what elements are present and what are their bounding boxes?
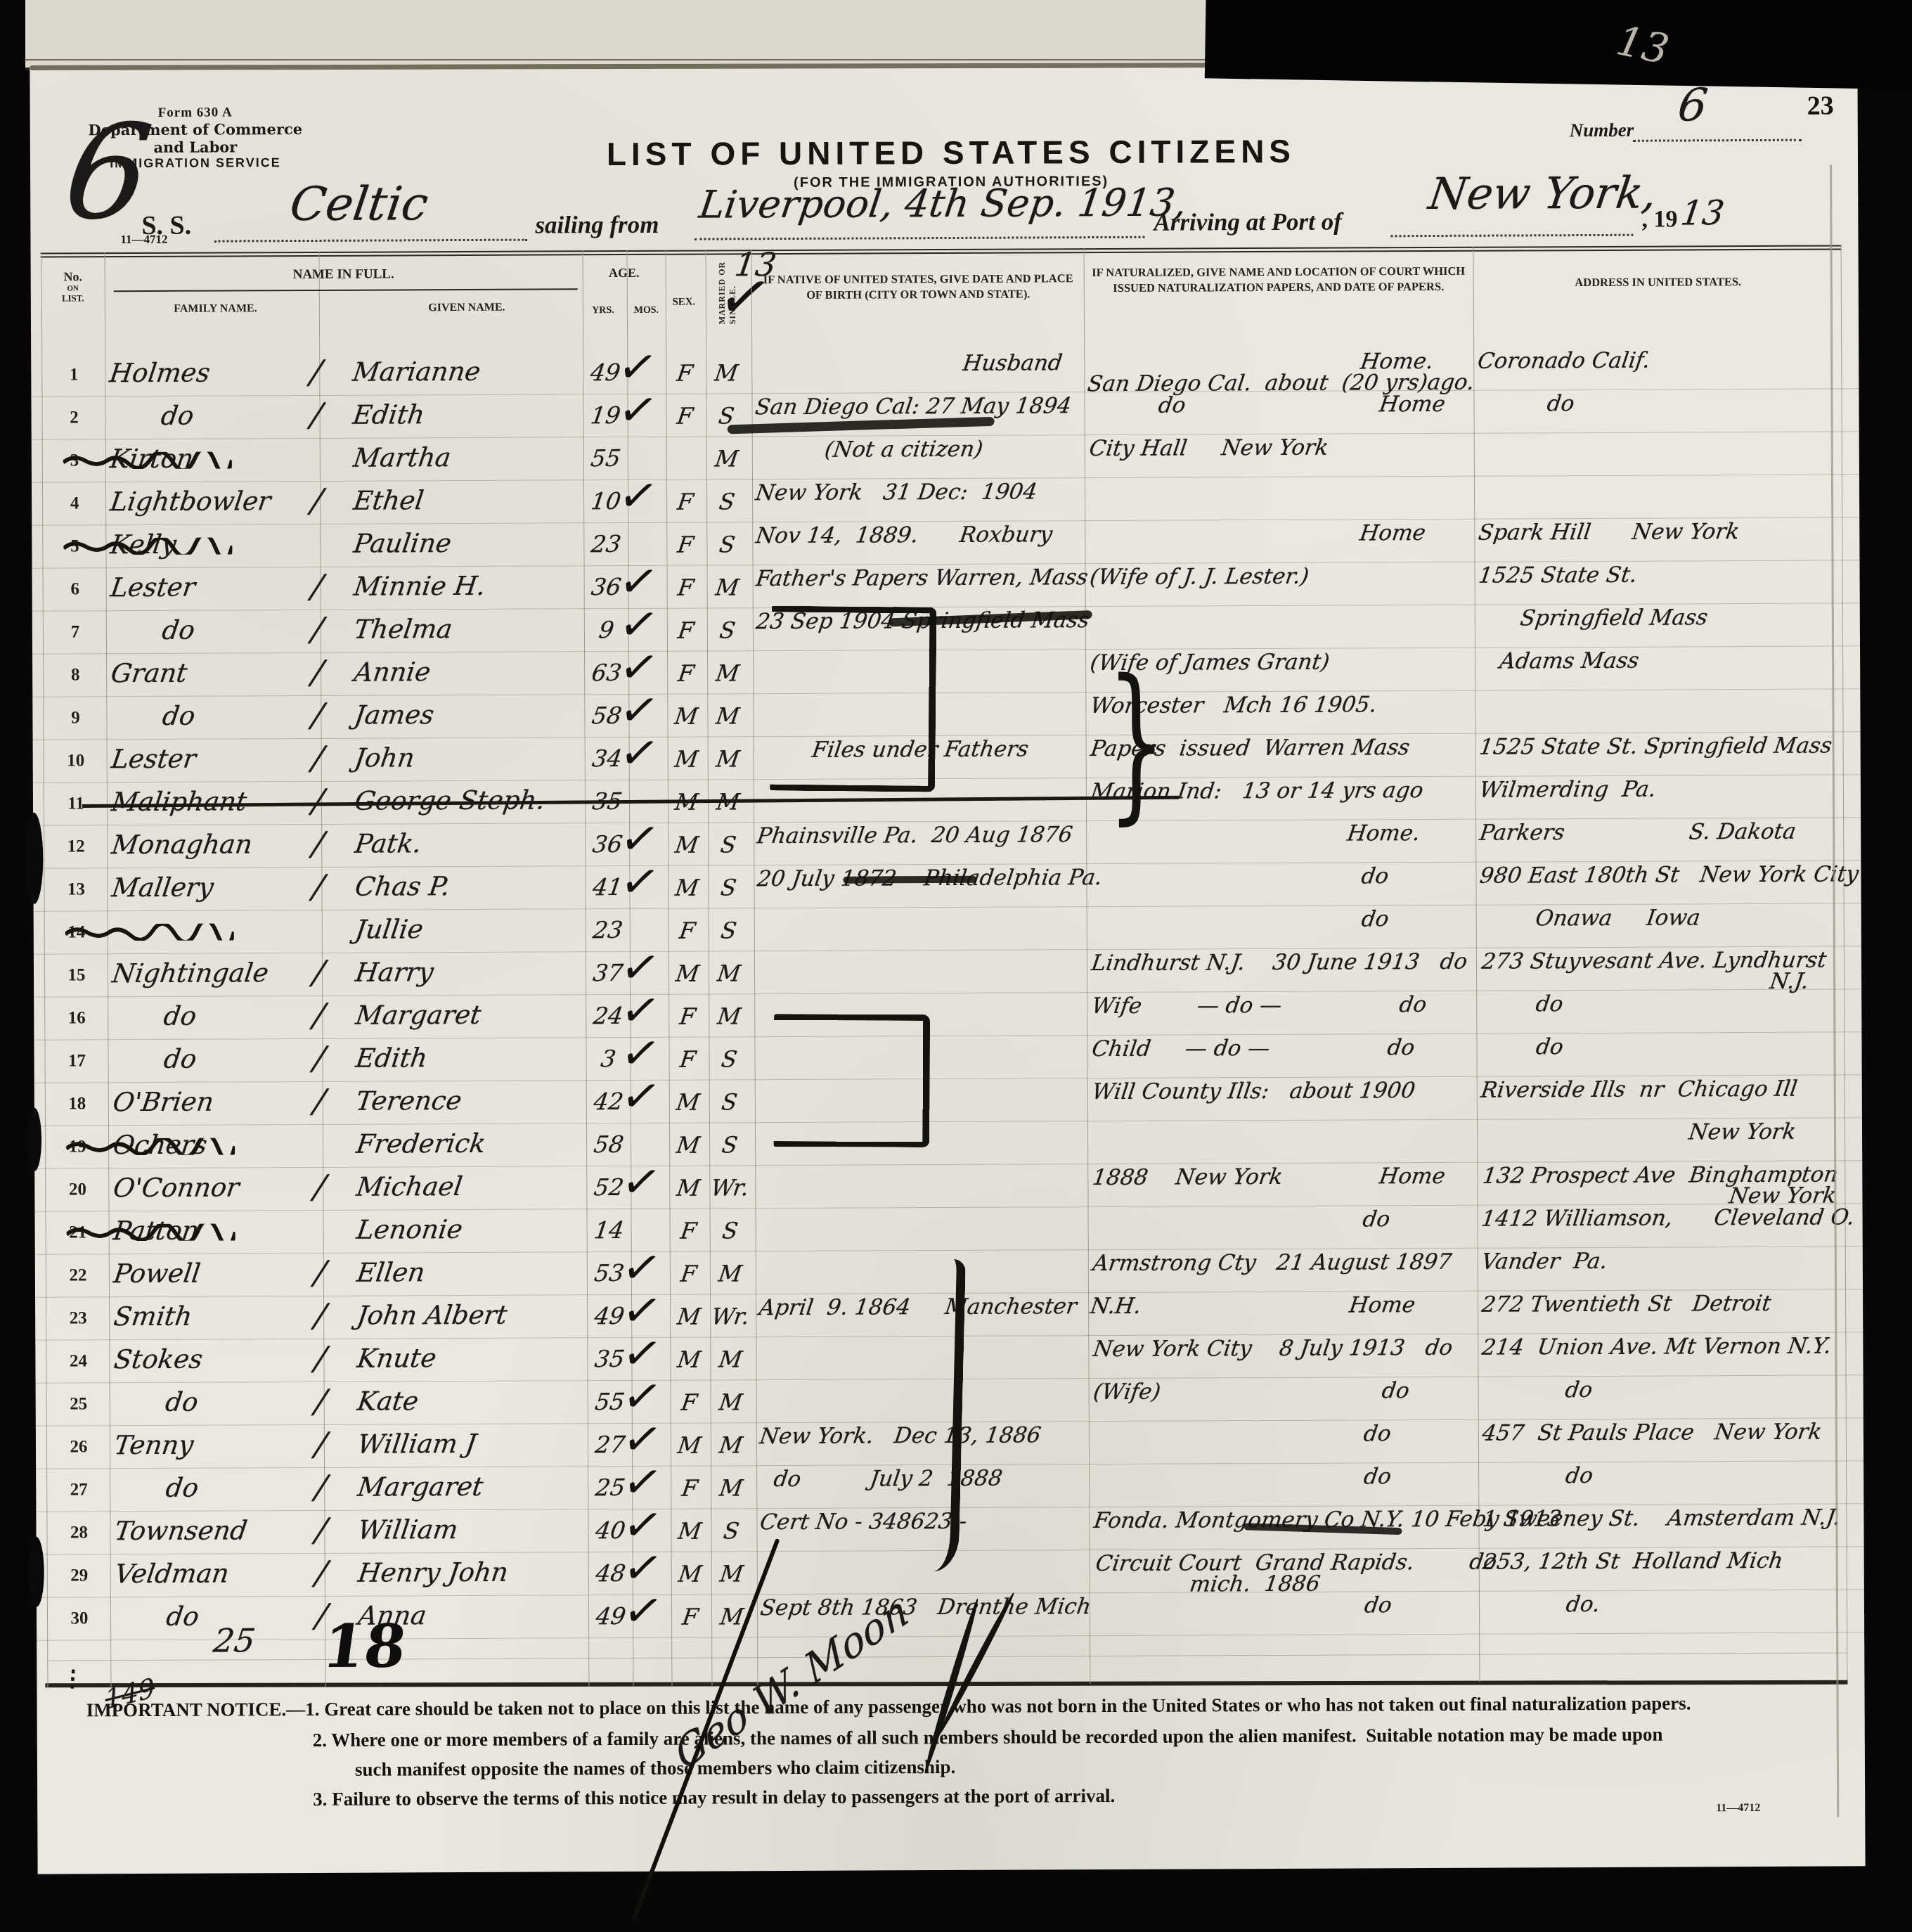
col-header-sex: SEX. [662, 296, 706, 308]
row-number: 28 [49, 1523, 109, 1543]
tick-mark: ∕ [312, 1296, 328, 1334]
tick-mark: ∕ [313, 1339, 329, 1377]
sheet-edge-above [25, 0, 1227, 70]
marital-status: M [707, 1431, 754, 1458]
sex-value: M [668, 1346, 711, 1372]
passenger-row: 5 Kelly Pauline 23 F S Nov 14, 1889. Rox… [32, 517, 1859, 568]
col-header-no: No. ON LIST. [41, 269, 105, 304]
naturalization-info: (Wife) do [1092, 1380, 1411, 1403]
birth-info: Nov 14, 1889. Roxbury [754, 524, 1054, 546]
tick-mark: ∕ [310, 782, 326, 820]
marital-status: S [704, 531, 751, 558]
ruled-line [47, 1652, 1847, 1661]
row-number: 29 [49, 1566, 110, 1585]
strikethrough-wavy [63, 451, 232, 469]
us-address: 132 Prospect Ave Binghampton New York [1478, 1164, 1840, 1207]
col-header-naturalization: IF NATURALIZED, GIVE NAME AND LOCATION O… [1089, 264, 1468, 296]
marital-status: M [706, 1260, 754, 1287]
passenger-row: 1 Holmes ∕ Marianne 49 ✓ F M Husband Hom… [31, 346, 1859, 397]
us-address: 1525 State St. [1478, 565, 1639, 586]
scan-black-band [1205, 0, 1912, 91]
marital-status: S [706, 1217, 754, 1244]
row-number: 8 [45, 665, 105, 685]
sex-value: F [668, 1603, 711, 1630]
pen-brace: } [1106, 657, 1166, 826]
marital-status: S [706, 1045, 753, 1072]
row-number: 26 [49, 1437, 109, 1457]
us-address: do [1479, 1036, 1564, 1058]
arrival-port-handwritten: New York, [1426, 167, 1660, 219]
given-name: Knute [355, 1343, 438, 1374]
given-name: Terence [354, 1086, 464, 1116]
row-number: 10 [46, 751, 106, 771]
ink-smear [843, 876, 976, 884]
sex-value: F [664, 359, 706, 386]
strikethrough-wavy [66, 1138, 235, 1155]
us-address: 214 Union Ave. Mt Vernon N.Y. [1480, 1336, 1833, 1358]
birth-info: Phainsville Pa. 20 Aug 1876 [756, 824, 1073, 846]
marital-status: S [705, 917, 752, 944]
family-name: Monaghan [110, 829, 254, 860]
given-name: John Albert [355, 1300, 509, 1331]
margin-dots: ⁝ [67, 1661, 80, 1698]
family-name: Tenny [112, 1430, 195, 1461]
us-address: Springfield Mass [1478, 607, 1710, 629]
given-name: James [353, 700, 437, 730]
year-handwritten: 13 [1679, 193, 1727, 233]
number-value-handwritten: 6 [1675, 79, 1711, 131]
birth-info: do July 2 1888 [758, 1468, 1004, 1490]
row-number: 27 [49, 1480, 109, 1500]
col-header-age: AGE. [583, 266, 666, 281]
sex-value: F [667, 1260, 710, 1287]
passenger-row: 9 do ∕ James 58 ✓ M M Worcester Mch 16 1… [32, 689, 1860, 740]
tick-mark: ∕ [311, 825, 327, 863]
us-address: Vander Pa. [1480, 1251, 1609, 1273]
notice-line-3: such manifest opposite the names of thos… [355, 1756, 955, 1781]
row-number: 1 [44, 365, 104, 385]
sex-value: F [665, 659, 708, 686]
passenger-row: 7 do ∕ Thelma 9 ✓ F S 23 Sep 1904 Spring… [32, 603, 1860, 654]
family-name: do [164, 1602, 201, 1632]
pen-bracket [900, 1258, 966, 1572]
birth-info: (Not a citizen) [754, 439, 985, 461]
age-years: 14 [587, 1216, 631, 1244]
naturalization-info: Circuit Court Grand Rapids. do mich. 188… [1092, 1552, 1498, 1596]
naturalization-info: Home [1088, 522, 1427, 545]
passenger-row: 15 Nightingale ∕ Harry 37 ✓ M M Lindhurs… [34, 946, 1861, 997]
given-name: Annie [352, 657, 432, 687]
passenger-row: 10 Lester ∕ John 34 ✓ M M Files under Fa… [33, 732, 1861, 783]
tick-mark: ∕ [310, 696, 326, 734]
us-address: 273 Stuyvesant Ave. Lyndhurst N.J. [1478, 950, 1828, 993]
col-header-family: FAMILY NAME. [112, 302, 319, 316]
marital-status: S [705, 874, 752, 901]
col-header-address: ADDRESS IN UNITED STATES. [1479, 274, 1837, 290]
notice-line-1: IMPORTANT NOTICE.—1. Great care should b… [86, 1692, 1691, 1721]
col-header-name: NAME IN FULL. [105, 266, 583, 283]
naturalization-info: New York City 8 July 1913 do [1092, 1337, 1454, 1360]
us-address: Spark Hill New York [1477, 521, 1740, 543]
sex-value: M [666, 960, 709, 986]
given-name: Patk. [353, 828, 423, 858]
marital-status: Wr. [706, 1174, 754, 1201]
naturalization-info: do [1090, 908, 1390, 931]
row-number: 25 [49, 1394, 109, 1414]
strikethrough-wavy [67, 1223, 235, 1241]
passenger-row: 11 Maliphant ∕ George Steph. 35 M M Mari… [33, 775, 1861, 825]
row-number: 20 [47, 1180, 108, 1199]
marital-status: M [703, 359, 750, 386]
family-name: Lightbowler [108, 486, 273, 517]
naturalization-info: Lindhurst N.J. 30 June 1913 do [1090, 951, 1468, 974]
tick-mark: ∕ [309, 482, 325, 520]
page-number-stamp: 23 [1807, 90, 1834, 121]
sex-value: M [668, 1560, 711, 1587]
family-name: Holmes [108, 358, 212, 389]
sex-value: F [664, 402, 706, 429]
naturalization-info: do [1092, 1423, 1393, 1445]
tick-mark: ∕ [311, 953, 327, 991]
given-name: Margaret [356, 1471, 485, 1502]
family-name: do [160, 401, 196, 431]
given-name: Martha [351, 442, 453, 473]
tick-mark: ∕ [309, 610, 325, 648]
naturalization-info: do [1093, 1595, 1393, 1617]
marital-status: S [705, 831, 752, 858]
passenger-row: 21 Patton Lenonie 14 F S do 1412 William… [35, 1204, 1863, 1254]
tick-mark: ∕ [309, 653, 325, 691]
row-number: 23 [48, 1308, 108, 1328]
given-name: Lenonie [355, 1214, 465, 1245]
row-number: 9 [45, 708, 105, 728]
sex-value: F [666, 917, 709, 944]
birth-info: New York. Dec 13, 1886 [758, 1424, 1042, 1447]
tick-mark: ∕ [314, 1511, 330, 1549]
given-name: Michael [354, 1171, 464, 1202]
marital-status: Wr. [707, 1303, 754, 1329]
given-name: Edith [354, 1043, 429, 1073]
passenger-row: 3 Kirton Martha 55 M (Not a citizen) Cit… [32, 432, 1859, 482]
col-header-yrs: YRS. [579, 305, 627, 316]
us-address: do [1481, 1379, 1594, 1401]
notice-line-4: 3. Failure to observe the terms of this … [313, 1785, 1115, 1810]
marital-status: M [704, 659, 751, 686]
passenger-row: 2 do ∕ Edith 19 ✓ F S San Diego Cal: 27 … [31, 389, 1859, 439]
marital-status: M [707, 1389, 754, 1415]
marital-status: M [704, 745, 751, 772]
passenger-row: 14 Jullie 23 F S do Onawa Iowa [34, 903, 1861, 954]
marital-status: M [708, 1560, 755, 1587]
marital-status: M [705, 960, 752, 986]
age-years: 23 [584, 530, 628, 558]
family-name: Grant [109, 658, 189, 688]
family-name: Lester [109, 572, 198, 603]
row-number: 17 [47, 1051, 108, 1071]
age-years: 58 [586, 1131, 631, 1158]
birth-info: Father's Papers Warren, Mass [755, 567, 1090, 589]
tick-mark: ∕ [311, 996, 328, 1034]
passenger-row: 30 do ∕ Anna 49 ✓ F M Sept 8th 1863 Dren… [37, 1590, 1864, 1640]
family-name: O'Connor [111, 1172, 241, 1203]
sex-value: M [667, 1131, 710, 1158]
family-name: do [161, 701, 198, 731]
tick-mark: ∕ [314, 1468, 330, 1506]
tick-mark: ∕ [313, 1382, 329, 1420]
sailing-from-handwritten: Liverpool, 4th Sep. 1913, [697, 180, 1190, 226]
us-address: Adams Mass [1478, 650, 1641, 672]
passenger-row: 19 Ochers Frederick 58 M S New York [34, 1118, 1862, 1168]
row-number: 12 [46, 837, 106, 856]
marital-status: S [704, 617, 751, 643]
col-header-given: GIVEN NAME. [351, 301, 583, 314]
passenger-row: 18 O'Brien ∕ Terence 42 ✓ M S Will Count… [34, 1075, 1862, 1126]
sex-value: F [668, 1474, 711, 1501]
marital-status: M [706, 1003, 753, 1029]
us-address: do [1481, 1465, 1594, 1487]
family-name: Nightingale [110, 958, 271, 988]
tick-mark: ∕ [310, 739, 326, 777]
us-address: Coronado Calif. [1476, 350, 1651, 372]
family-name: do [164, 1387, 200, 1417]
naturalization-info: (Wife of J. J. Lester.) [1089, 566, 1311, 588]
tick-mark: ∕ [311, 1039, 328, 1077]
row-number: 6 [45, 579, 105, 599]
family-name: Powell [112, 1258, 202, 1289]
tick-mark: ∕ [311, 868, 327, 906]
naturalization-info: Child — do — do [1090, 1037, 1416, 1060]
given-name: Margaret [354, 1000, 483, 1031]
ship-blank-line [214, 238, 527, 243]
row-number: 30 [49, 1609, 110, 1628]
sex-value: M [666, 1088, 709, 1115]
tally-big: 18 [318, 1611, 410, 1681]
col-header-married: MARRIED OR SINGLE. [704, 255, 751, 324]
given-name: Marianne [351, 356, 482, 387]
strikethrough-wavy [63, 537, 232, 555]
sex-value: M [668, 1517, 711, 1544]
given-name: Minnie H. [352, 571, 488, 602]
col-header-mos: MOS. [627, 305, 666, 316]
row-number: 22 [48, 1266, 108, 1285]
row-number: 7 [45, 622, 105, 642]
marital-status: M [708, 1474, 755, 1501]
passenger-row: 4 Lightbowler ∕ Ethel 10 ✓ F S New York … [32, 475, 1859, 525]
arriving-label: Arriving at Port of [1154, 208, 1342, 237]
row-number: 15 [46, 965, 107, 985]
family-name: Stokes [112, 1344, 205, 1375]
family-name: Smith [112, 1301, 194, 1332]
naturalization-info: 1888 New York Home [1091, 1166, 1447, 1188]
tick-mark: ∕ [309, 353, 325, 391]
birth-info: San Diego Cal: 27 May 1894 [754, 395, 1072, 418]
us-address: 457 St Pauls Place New York [1481, 1422, 1823, 1444]
given-name: Ellen [355, 1257, 427, 1287]
sex-value: F [664, 617, 707, 643]
manifest-paper: Form 630 A Department of Commerce and La… [30, 59, 1865, 1874]
marital-status: M [703, 445, 750, 472]
given-name: Jullie [354, 914, 425, 944]
birth-info: Husband [754, 352, 1064, 375]
marital-status: M [704, 702, 751, 729]
us-address: New York [1480, 1121, 1797, 1144]
passenger-row: 12 Monaghan ∕ Patk. 36 ✓ M S Phainsville… [33, 818, 1861, 868]
given-name: Thelma [352, 614, 454, 645]
family-name: Lester [110, 744, 198, 775]
ship-name-handwritten: Celtic [287, 176, 432, 231]
naturalization-info: do Home [1087, 394, 1446, 416]
naturalization-info: do [1092, 1466, 1393, 1488]
scan-tear [27, 1108, 41, 1171]
given-name: John [353, 742, 417, 773]
sex-value: M [666, 874, 709, 901]
age-years: 23 [586, 916, 630, 944]
scan-tear [29, 1537, 44, 1607]
row-number: 13 [46, 880, 106, 899]
us-address: Wilmerding Pa. [1478, 779, 1658, 801]
tick-mark: ∕ [309, 396, 325, 434]
given-name: Chas P. [354, 871, 452, 902]
number-label: Number [1570, 120, 1634, 141]
tick-mark: ∕ [312, 1254, 328, 1292]
row-number: 16 [46, 1008, 107, 1028]
sex-value: M [668, 1303, 711, 1329]
table-bottom-rule [45, 1680, 1847, 1687]
us-address: do [1479, 993, 1564, 1015]
us-address: 272 Twentieth St Detroit [1480, 1293, 1772, 1315]
table-top-rule [41, 245, 1842, 254]
sailing-blank-line [695, 236, 1144, 240]
us-address: do [1476, 393, 1575, 415]
sex-value: F [664, 488, 707, 515]
row-number: 18 [47, 1094, 108, 1114]
notice-line-2: 2. Where one or more members of a family… [313, 1724, 1663, 1751]
tick-mark: ∕ [312, 1168, 328, 1206]
passenger-row: 20 O'Connor ∕ Michael 52 ✓ M Wr. 1888 Ne… [34, 1161, 1862, 1211]
age-years: 55 [583, 444, 628, 472]
marital-status: S [706, 1088, 753, 1115]
strikethrough-wavy [65, 923, 234, 941]
sex-value: F [667, 1217, 710, 1244]
sex-value: F [664, 574, 707, 600]
sex-value: F [668, 1389, 711, 1415]
family-name: do [160, 615, 197, 645]
form-code-bottom: 11—4712 [1716, 1802, 1760, 1815]
given-name: Edith [351, 399, 427, 430]
tick-mark: ∕ [314, 1554, 330, 1592]
given-name: William [356, 1514, 460, 1545]
tick-mark: ∕ [313, 1425, 329, 1463]
naturalization-info: do [1092, 1209, 1392, 1231]
naturalization-info: Will County Ills: about 1900 [1091, 1080, 1416, 1102]
family-name: Maliphant [110, 786, 249, 817]
row-number: 24 [48, 1351, 108, 1371]
passenger-row: 8 Grant ∕ Annie 63 ✓ F M (Wife of James … [32, 646, 1860, 697]
passenger-row: 6 Lester ∕ Minnie H. 36 ✓ F M Father's P… [32, 560, 1860, 611]
naturalization-info: Home [1092, 1294, 1416, 1317]
row-number: 4 [44, 494, 105, 513]
us-address: 980 East 180th St New York City [1478, 863, 1860, 886]
ss-label: S. S. [141, 210, 191, 241]
family-name: Townsend [113, 1515, 250, 1546]
sex-value: M [665, 745, 708, 772]
year-printed: , 19 [1641, 206, 1677, 233]
given-name: William J [356, 1429, 478, 1460]
family-name: do [164, 1473, 200, 1503]
marital-status: M [707, 1346, 754, 1372]
us-address: Parkers S. Dakota [1478, 821, 1797, 844]
family-name: O'Brien [111, 1087, 216, 1118]
given-name: Pauline [351, 528, 453, 559]
tick-mark: ∕ [309, 567, 325, 605]
pen-bracket [773, 1014, 930, 1147]
naturalization-info: Wife — do — do [1090, 994, 1428, 1017]
passenger-row: 16 do ∕ Margaret 24 ✓ F M Wife — do — do… [34, 989, 1861, 1040]
sex-value: F [666, 1003, 709, 1029]
us-address: do. [1482, 1594, 1601, 1616]
tally-small: 25 [211, 1621, 257, 1659]
given-name: Frederick [354, 1128, 487, 1159]
given-name: Ethel [351, 485, 425, 515]
naturalization-info: Home. San Diego Cal. about (20 yrs)ago. [1086, 351, 1478, 394]
tick-mark: ∕ [311, 1082, 328, 1120]
sex-value: F [666, 1045, 709, 1072]
passenger-row: 17 do ∕ Edith 3 ✓ F S Child — do — do do [34, 1032, 1861, 1083]
us-address: 1 Sweeney St. Amsterdam N.J. [1481, 1507, 1842, 1529]
sex-value: M [666, 831, 709, 858]
family-name: do [162, 1001, 198, 1031]
family-name: Veldman [113, 1558, 231, 1589]
pen-bracket [770, 605, 937, 792]
us-address: 1412 Williamson, Cleveland O. [1480, 1206, 1856, 1229]
sex-value: F [664, 531, 707, 558]
marital-status: S [706, 1131, 754, 1158]
sailing-from-label: sailing from [535, 211, 659, 240]
us-address: 253, 12th St Holland Mich [1482, 1550, 1785, 1573]
us-address: Riverside Ills nr Chicago Ill [1480, 1078, 1799, 1101]
col-header-birth: IF NATIVE OF UNITED STATES, GIVE DATE AN… [758, 271, 1078, 303]
naturalization-info: do [1090, 865, 1390, 888]
scanned-manifest-page: Form 630 A Department of Commerce and La… [0, 0, 1912, 1932]
passenger-row: 13 Mallery ∕ Chas P. 41 ✓ M S 20 July 18… [33, 861, 1861, 911]
marital-status: S [708, 1517, 755, 1544]
naturalization-info: Armstrong Cty 21 August 1897 [1092, 1251, 1453, 1274]
sex-value: M [668, 1431, 711, 1458]
row-number: 2 [44, 408, 105, 427]
given-name: Kate [356, 1386, 420, 1416]
family-name: do [162, 1044, 199, 1074]
marital-status: S [704, 488, 751, 515]
us-address: 1525 State St. Springfield Mass [1478, 735, 1833, 757]
family-name: Mallery [110, 872, 216, 903]
given-name: Henry John [356, 1557, 510, 1588]
birth-info: New York 31 Dec: 1904 [754, 481, 1038, 503]
sex-value: M [667, 1174, 710, 1201]
us-address: Onawa Iowa [1479, 907, 1702, 929]
port-blank-line [1390, 233, 1633, 238]
sex-value: M [665, 702, 708, 729]
birth-info: Sept 8th 1863 Drenthe Mich [759, 1596, 1092, 1618]
naturalization-info: City Hall New York [1088, 437, 1330, 460]
name-header-rule [114, 288, 578, 292]
marital-status: M [704, 574, 751, 600]
given-name: Harry [354, 957, 435, 988]
